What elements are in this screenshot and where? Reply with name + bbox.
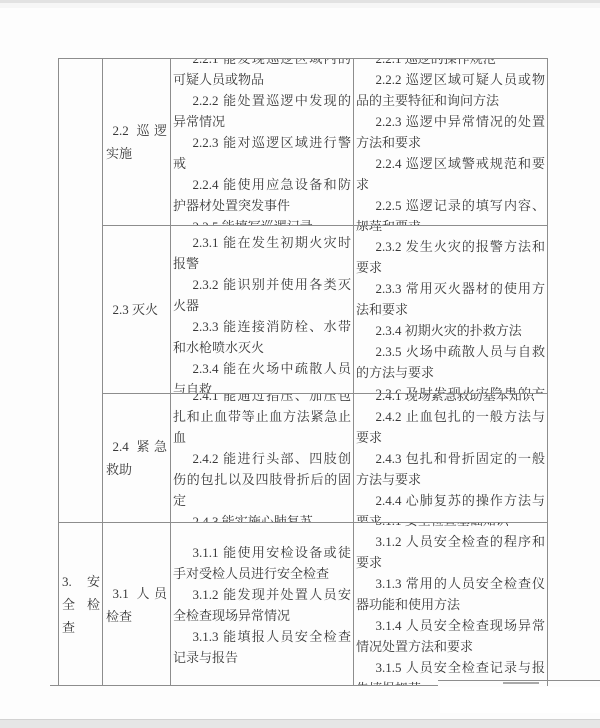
knowledge-cell-personnel-check: 3.1.1 安全检查基础知识 3.1.2 人员安全检查的程序和要求 3.1.3 …: [354, 523, 547, 686]
table-bottom-border-overlap-segment: [503, 682, 539, 684]
task-cell-emergency-aid: 2.4 紧急救助: [103, 394, 171, 523]
occupational-standard-table: 2.2 巡逻实施 2.2.1 能发现巡逻区域内的可疑人员或物品 2.2.2 能处…: [58, 58, 548, 686]
task-cell-personnel-check: 3.1 人员检查: [103, 523, 171, 686]
page-top-edge-bar: [0, 0, 600, 8]
skills-cell-emergency-aid: 2.4.1 能通过指压、加压包扎和止血带等止血方法紧急止血 2.4.2 能进行头…: [171, 394, 354, 523]
task-cell-firefighting: 2.3 灭火: [103, 226, 171, 394]
knowledge-item: 2.3.1 物质燃烧和防火的基本原理: [356, 226, 545, 236]
knowledge-item: 2.3.3 常用灭火器材的使用方法和要求: [356, 278, 545, 320]
knowledge-cell-patrol: 2.2.1 巡逻的操作规范 2.2.2 巡逻区域可疑人员或物品的主要特征和询问方…: [354, 59, 547, 226]
skill-item: 2.3.3 能连接消防栓、水带和水枪喷水灭火: [173, 316, 351, 358]
knowledge-item: 3.1.2 人员安全检查的程序和要求: [356, 531, 545, 573]
skill-item: 3.1.1 能使用安检设备或徒手对受检人员进行安全检查: [173, 542, 351, 584]
skills-cell-personnel-check: 3.1.1 能使用安检设备或徒手对受检人员进行安全检查 3.1.2 能发现并处置…: [171, 523, 354, 686]
knowledge-item: 2.2.4 巡逻区域警戒规范和要求: [356, 153, 545, 195]
knowledge-item: 2.3.4 初期火灾的扑救方法: [356, 320, 545, 341]
function-cell-security-check: 3. 安全检查: [59, 523, 103, 686]
page-bottom-edge-bar: [0, 719, 600, 728]
skills-cell-firefighting: 2.3.1 能在发生初期火灾时报警 2.3.2 能识别并使用各类灭火器 2.3.…: [171, 226, 354, 394]
knowledge-item: 3.1.4 人员安全检查现场异常情况处置方法和要求: [356, 615, 545, 657]
skill-item: 2.2.1 能发现巡逻区域内的可疑人员或物品: [173, 59, 351, 90]
knowledge-cell-emergency-aid: 2.4.1 现场紧急救助基本知识 2.4.2 止血包扎的一般方法与要求 2.4.…: [354, 394, 547, 523]
skill-item: 2.4.1 能通过指压、加压包扎和止血带等止血方法紧急止血: [173, 394, 351, 448]
skills-cell-patrol: 2.2.1 能发现巡逻区域内的可疑人员或物品 2.2.2 能处置巡逻中发现的异常…: [171, 59, 354, 226]
skill-item: 2.3.2 能识别并使用各类灭火器: [173, 274, 351, 316]
knowledge-item: 2.2.5 巡逻记录的填写内容、规范和要求: [356, 195, 545, 227]
knowledge-item: 2.2.1 巡逻的操作规范: [356, 59, 545, 69]
scanned-document-page: { "colors": { "page_background": "#fdfdf…: [0, 0, 600, 728]
skill-item: 2.2.2 能处置巡逻中发现的异常情况: [173, 90, 351, 132]
task-label: 2.3 灭火: [106, 298, 167, 321]
skill-item: 2.2.4 能使用应急设备和防护器材处置突发事件: [173, 174, 351, 216]
knowledge-item: 2.3.5 火场中疏散人员与自救的方法与要求: [356, 341, 545, 383]
knowledge-item: 2.3.2 发生火灾的报警方法和要求: [356, 236, 545, 278]
skill-item: 2.4.3 能实施心肺复苏: [173, 511, 351, 524]
table-bottom-border-left-segment: [50, 685, 438, 686]
function-cell-section2-empty: [59, 59, 103, 523]
skill-item: 2.3.4 能在火场中疏散人员与自救: [173, 358, 351, 394]
skill-item: 2.4.2 能进行头部、四肢创伤的包扎以及四肢骨折后的固定: [173, 448, 351, 511]
skill-item: 3.1.3 能填报人员安全检查记录与报告: [173, 626, 351, 668]
task-label: 3.1 人员检查: [106, 582, 167, 628]
knowledge-item: 2.2.3 巡逻中异常情况的处置方法和要求: [356, 111, 545, 153]
knowledge-item: 2.4.3 包扎和骨折固定的一般方法与要求: [356, 448, 545, 490]
knowledge-item: 2.3.6 及时发现火灾隐患的方法: [356, 383, 545, 394]
task-cell-patrol: 2.2 巡逻实施: [103, 59, 171, 226]
skill-item: 2.3.1 能在发生初期火灾时报警: [173, 232, 351, 274]
knowledge-item: 3.1.1 安全检查基础知识: [356, 523, 545, 531]
skill-item: 2.2.5 能填写巡逻记录: [173, 216, 351, 227]
knowledge-item: 3.1.3 常用的人员安全检查仪器功能和使用方法: [356, 573, 545, 615]
skill-item: 3.1.2 能发现并处置人员安全检查现场异常情况: [173, 584, 351, 626]
task-label: 2.4 紧急救助: [106, 435, 167, 481]
knowledge-item: 2.2.2 巡逻区域可疑人员或物品的主要特征和询问方法: [356, 69, 545, 111]
knowledge-item: 2.4.1 现场紧急救助基本知识: [356, 394, 545, 406]
table-bottom-border-right-segment: [438, 680, 600, 681]
task-label: 2.2 巡逻实施: [106, 119, 167, 165]
knowledge-item: 2.4.2 止血包扎的一般方法与要求: [356, 406, 545, 448]
whiteout-patch: [440, 687, 600, 713]
knowledge-item: 2.4.4 心肺复苏的操作方法与要求: [356, 490, 545, 524]
function-label: 3. 安全检查: [59, 570, 102, 639]
skill-item: 2.2.3 能对巡逻区域进行警戒: [173, 132, 351, 174]
knowledge-cell-firefighting: 2.3.1 物质燃烧和防火的基本原理 2.3.2 发生火灾的报警方法和要求 2.…: [354, 226, 547, 394]
